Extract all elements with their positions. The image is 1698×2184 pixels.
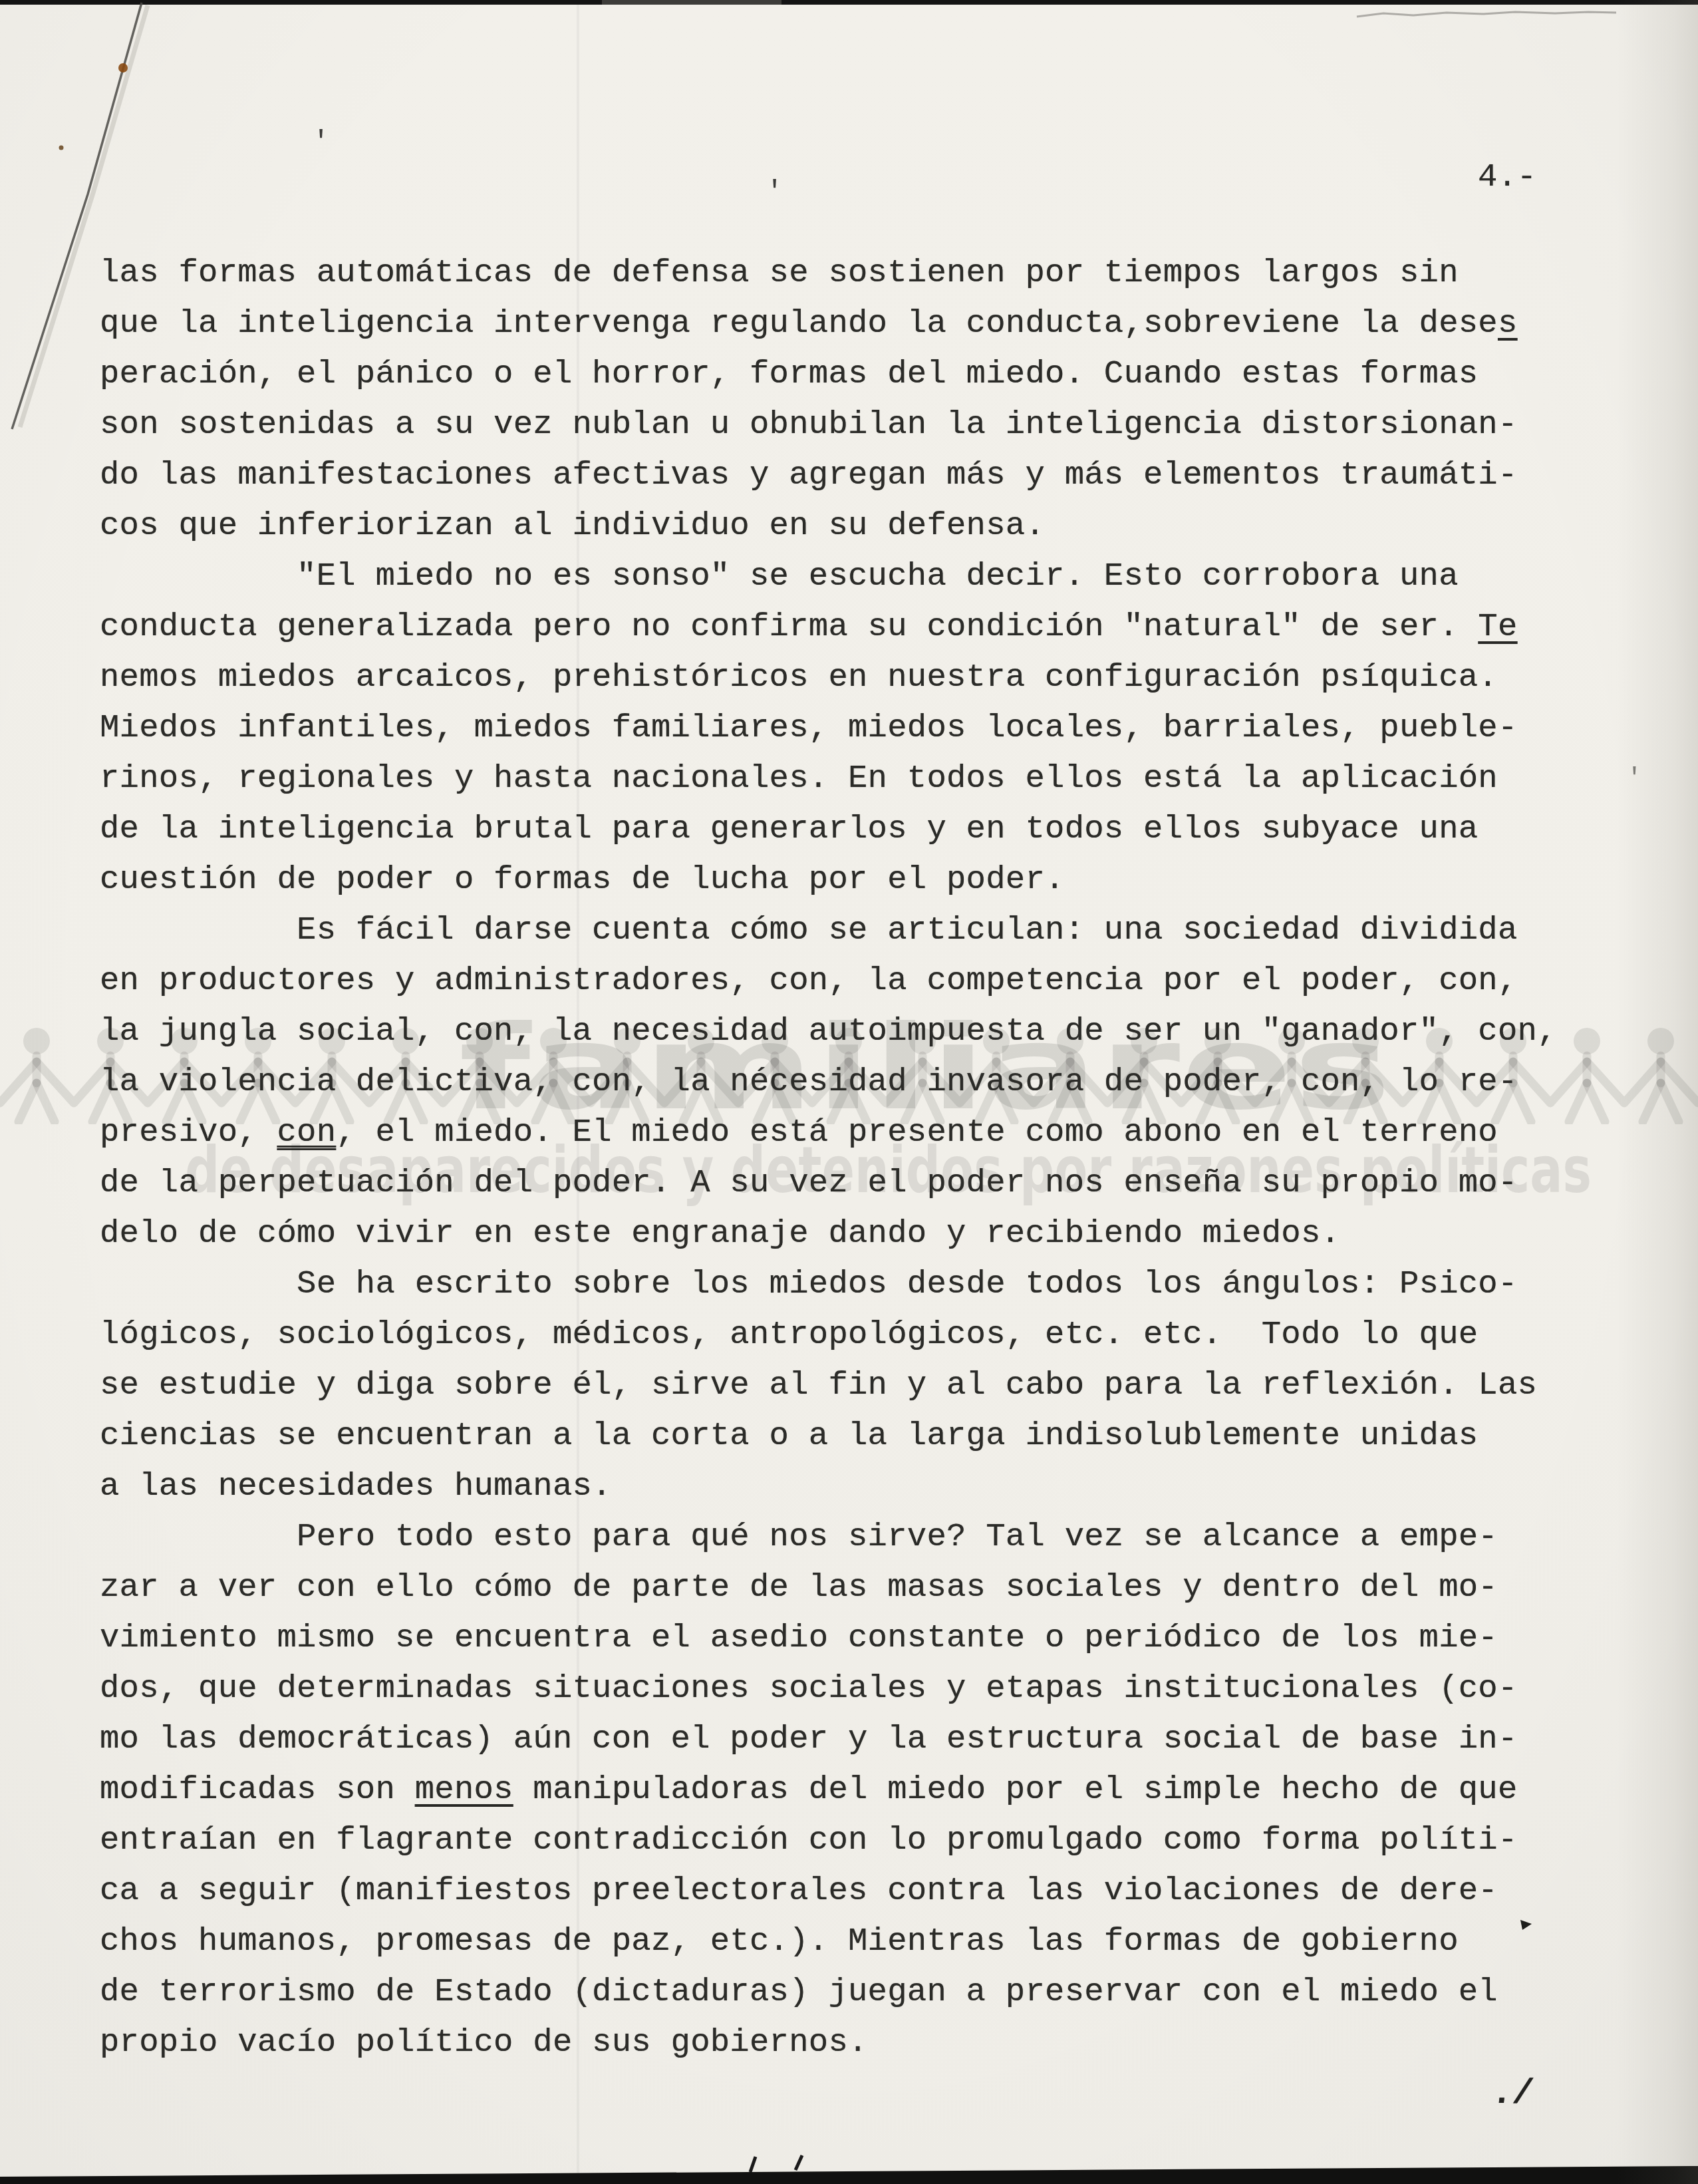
text-line: de la perpetuación del poder. A su vez e…	[100, 1158, 1629, 1208]
text-line: modificadas son menos manipuladoras del …	[100, 1764, 1629, 1815]
text-line: nemos miedos arcaicos, prehistóricos en …	[100, 652, 1629, 702]
rust-speck-small	[59, 146, 64, 150]
text-line: de terrorismo de Estado (dictaduras) jue…	[100, 1966, 1629, 2017]
text-line: dos, que determinadas situaciones social…	[100, 1663, 1629, 1714]
text-line: son sostenidas a su vez nublan u obnubil…	[100, 399, 1629, 450]
text-line: Pero todo esto para qué nos sirve? Tal v…	[100, 1511, 1629, 1562]
text-line: propio vacío político de sus gobiernos.	[100, 2017, 1629, 2068]
text-line: a las necesidades humanas.	[100, 1461, 1629, 1511]
text-line: entraían en flagrante contradicción con …	[100, 1815, 1629, 1865]
text-line: las formas automáticas de defensa se sos…	[100, 247, 1629, 298]
text-line: conducta generalizada pero no confirma s…	[100, 601, 1629, 652]
text-line: se estudie y diga sobre él, sirve al fin…	[100, 1360, 1629, 1410]
text-line: cos que inferiorizan al individuo en su …	[100, 500, 1629, 551]
text-line: zar a ver con ello cómo de parte de las …	[100, 1562, 1629, 1613]
text-line: presivo, con, el miedo. El miedo está pr…	[100, 1107, 1629, 1158]
pencil-scribble	[1357, 12, 1616, 17]
text-line: ca a seguir (manifiestos preelectorales …	[100, 1865, 1629, 1916]
text-line: Miedos infantiles, miedos familiares, mi…	[100, 702, 1629, 753]
text-line: mo las democráticas) aún con el poder y …	[100, 1714, 1629, 1764]
text-line: cuestión de poder o formas de lucha por …	[100, 854, 1629, 905]
page-number: 4.-	[1478, 161, 1536, 194]
continuation-mark: ./	[1490, 2077, 1535, 2111]
text-line: "El miedo no es sonso" se escucha decir.…	[100, 551, 1629, 601]
text-line: ciencias se encuentran a la corta o a la…	[100, 1410, 1629, 1461]
text-line: la jungla social, con, la necesidad auto…	[100, 1006, 1629, 1056]
bottom-tick	[795, 2155, 802, 2170]
scan-bottom-edge	[0, 2166, 1698, 2184]
scanned-document-page: familiares de desaparecidos y detenidos …	[0, 0, 1698, 2184]
text-line: delo de cómo vivir en este engranaje dan…	[100, 1208, 1629, 1259]
text-line: de la inteligencia brutal para generarlo…	[100, 804, 1629, 854]
text-line: chos humanos, promesas de paz, etc.). Mi…	[100, 1916, 1629, 1966]
stray-mark: '	[313, 126, 329, 158]
text-line: vimiento mismo se encuentra el asedio co…	[100, 1613, 1629, 1663]
text-line: Es fácil darse cuenta cómo se articulan:…	[100, 905, 1629, 955]
stray-mark: '	[766, 176, 783, 208]
text-line: lógicos, sociológicos, médicos, antropol…	[100, 1309, 1629, 1360]
scan-top-edge	[0, 0, 1698, 5]
rust-speck	[118, 63, 128, 73]
text-line: la violencia delictiva, con, la nécesida…	[100, 1056, 1629, 1107]
text-line: que la inteligencia intervenga regulando…	[100, 298, 1629, 349]
bottom-tick	[750, 2157, 756, 2172]
text-line: rinos, regionales y hasta nacionales. En…	[100, 753, 1629, 804]
typewritten-text-block: las formas automáticas de defensa se sos…	[100, 247, 1629, 2068]
text-line: en productores y administradores, con, l…	[100, 955, 1629, 1006]
text-line: do las manifestaciones afectivas y agreg…	[100, 450, 1629, 500]
text-line: peración, el pánico o el horror, formas …	[100, 349, 1629, 399]
text-line: Se ha escrito sobre los miedos desde tod…	[100, 1259, 1629, 1309]
